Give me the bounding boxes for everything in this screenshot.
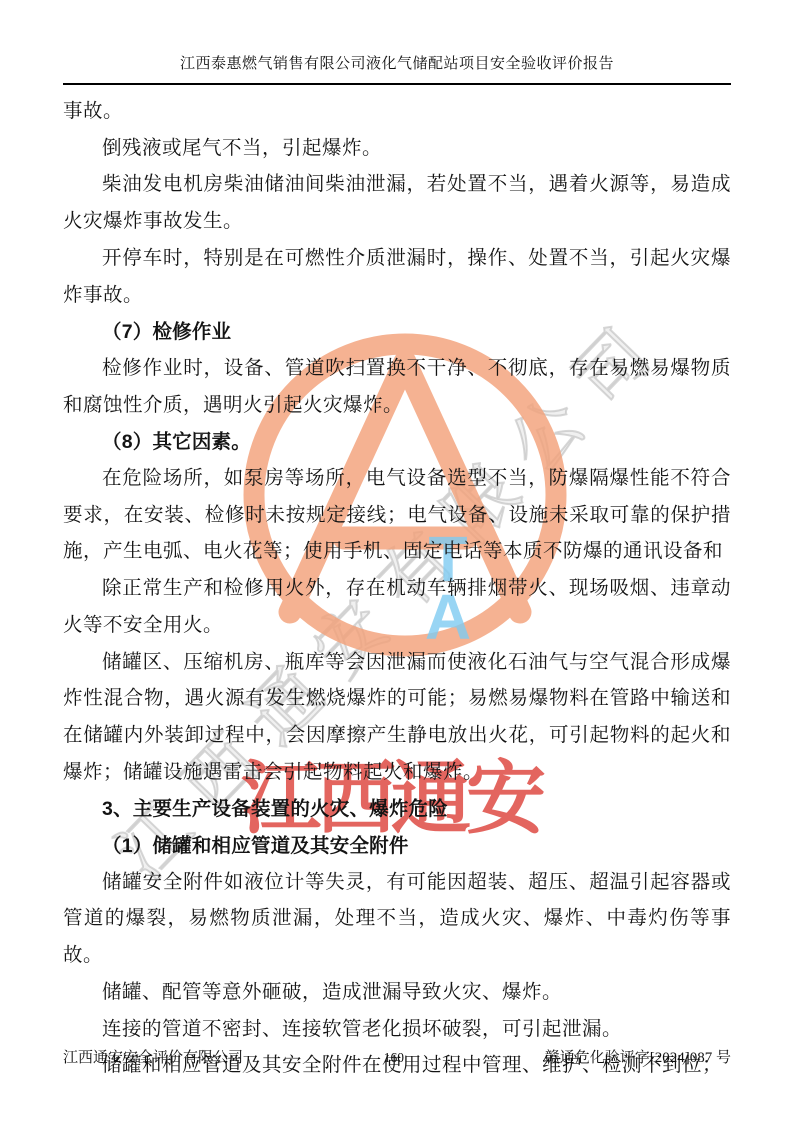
paragraph: 储罐、配管等意外砸破，造成泄漏导致火灾、爆炸。: [63, 975, 731, 1012]
page-footer: 江西通安安全评价有限公司 160 赣通危化验评字[2024]087 号: [63, 1046, 731, 1067]
footer-company: 江西通安安全评价有限公司: [63, 1046, 243, 1067]
body-paragraphs: 事故。倒残液或尾气不当，引起爆炸。柴油发电机房柴油储油间柴油泄漏，若处置不当，遇…: [63, 94, 731, 1085]
paragraph: 倒残液或尾气不当，引起爆炸。: [63, 131, 731, 168]
footer-document-number: 赣通危化验评字[2024]087 号: [545, 1046, 731, 1067]
section-heading: （7）检修作业: [63, 314, 731, 351]
header-rule: [63, 83, 731, 85]
paragraph: 除正常生产和检修用火外，存在机动车辆排烟带火、现场吸烟、违章动火等不安全用火。: [63, 571, 731, 644]
paragraph: 事故。: [63, 94, 731, 131]
section-heading: （1）储罐和相应管道及其安全附件: [63, 828, 731, 865]
document-content: 江西泰惠燃气销售有限公司液化气储配站项目安全验收评价报告 事故。倒残液或尾气不当…: [0, 0, 794, 1123]
paragraph: 在危险场所，如泵房等场所，电气设备选型不当，防爆隔爆性能不符合要求，在安装、检修…: [63, 461, 731, 571]
paragraph: 检修作业时，设备、管道吹扫置换不干净、不彻底，存在易燃易爆物质和腐蚀性介质，遇明…: [63, 351, 731, 424]
paragraph: 柴油发电机房柴油储油间柴油泄漏，若处置不当，遇着火源等，易造成火灾爆炸事故发生。: [63, 167, 731, 240]
footer-page-number: 160: [384, 1050, 404, 1066]
paragraph: 开停车时，特别是在可燃性介质泄漏时，操作、处置不当，引起火灾爆炸事故。: [63, 241, 731, 314]
paragraph: 储罐区、压缩机房、瓶库等会因泄漏而使液化石油气与空气混合形成爆炸性混合物，遇火源…: [63, 645, 731, 792]
section-heading: 3、主要生产设备装置的火灾、爆炸危险: [63, 791, 731, 828]
section-heading: （8）其它因素。: [63, 424, 731, 461]
paragraph: 连接的管道不密封、连接软管老化损坏破裂，可引起泄漏。: [63, 1012, 731, 1049]
document-page: 江西通安有限公司 T A 江西通安 江西泰惠燃气销售有限公司液化气储配站项目安全…: [0, 0, 794, 1123]
paragraph: 储罐安全附件如液位计等失灵，有可能因超装、超压、超温引起容器或管道的爆裂，易燃物…: [63, 865, 731, 975]
page-header-title: 江西泰惠燃气销售有限公司液化气储配站项目安全验收评价报告: [63, 52, 731, 73]
